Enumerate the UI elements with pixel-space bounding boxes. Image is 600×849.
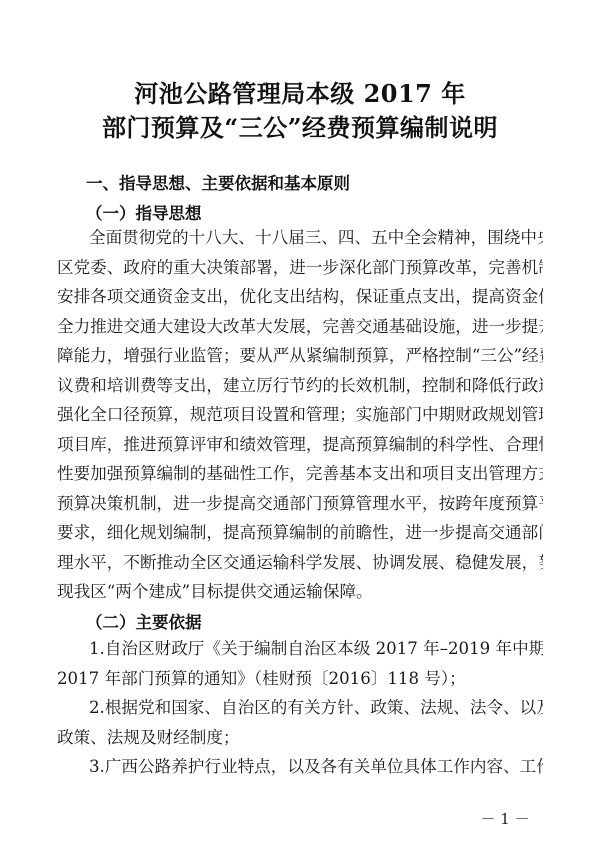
- paragraph-line: 全面贯彻党的十八大、十八届三、四、五中全会精神，围绕中央和自治: [89, 227, 543, 249]
- basis-item-line: 1.自治区财政厅《关于编制自治区本级 2017 年–2019 年中期财政规划和: [89, 638, 543, 660]
- document-title-line-1: 河池公路管理局本级 2017 年: [0, 74, 600, 109]
- paragraph-line: 议费和培训费等支出，建立厉行节约的长效机制，控制和降低行政运行成本；: [57, 375, 543, 397]
- paragraph-line: 障能力，增强行业监管；要从严从紧编制预算，严格控制“三公”经费、会: [57, 345, 543, 367]
- paragraph-line: 强化全口径预算，规范项目设置和管理；实施部门中期财政规划管理，做实: [57, 404, 543, 426]
- basis-item-line: 政策、法规及财经制度；: [57, 727, 543, 749]
- page-number: － 1 －: [470, 808, 540, 829]
- paragraph-line: 区党委、政府的重大决策部署，进一步深化部门预算改革，完善机制，科学: [57, 257, 543, 279]
- basis-item-line: 2017 年部门预算的通知》（桂财预〔2016〕118 号）；: [57, 668, 543, 690]
- section-heading-guiding-principles: 一、指导思想、主要依据和基本原则: [86, 170, 350, 194]
- basis-item-line: 3.广西公路养护行业特点，以及各有关单位具体工作内容、工作性质、: [89, 756, 543, 778]
- paragraph-line: 全力推进交通大建设大改革大发展，完善交通基础设施，进一步提升运输保: [57, 316, 543, 338]
- paragraph-line: 理水平，不断推动全区交通运输科学发展、协调发展、稳健发展，努力为实: [57, 552, 543, 574]
- basis-item-line: 2.根据党和国家、自治区的有关方针、政策、法规、法令、以及地方的: [89, 697, 543, 719]
- paragraph-line: 要求，细化规划编制，提高预算编制的前瞻性，进一步提高交通部门预算管: [57, 522, 543, 544]
- subsection-heading-guiding-ideology: （一）指导思想: [86, 200, 202, 224]
- paragraph-line: 项目库，推进预算评审和绩效管理，提高预算编制的科学性、合理性和准确: [57, 434, 543, 456]
- paragraph-line: 安排各项交通资金支出，优化支出结构，保证重点支出，提高资金使用效益，: [57, 286, 543, 308]
- document-title-line-2: 部门预算及“三公”经费预算编制说明: [0, 108, 600, 143]
- paragraph-line: 现我区“两个建成”目标提供交通运输保障。: [57, 581, 543, 603]
- paragraph-line: 预算决策机制，进一步提高交通部门预算管理水平，按跨年度预算平衡机制: [57, 493, 543, 515]
- document-page: 河池公路管理局本级 2017 年 部门预算及“三公”经费预算编制说明 一、指导思…: [0, 0, 600, 849]
- paragraph-line: 性要加强预算编制的基础性工作，完善基本支出和项目支出管理方式，改进: [57, 463, 543, 485]
- subsection-heading-main-basis: （二）主要依据: [86, 609, 202, 633]
